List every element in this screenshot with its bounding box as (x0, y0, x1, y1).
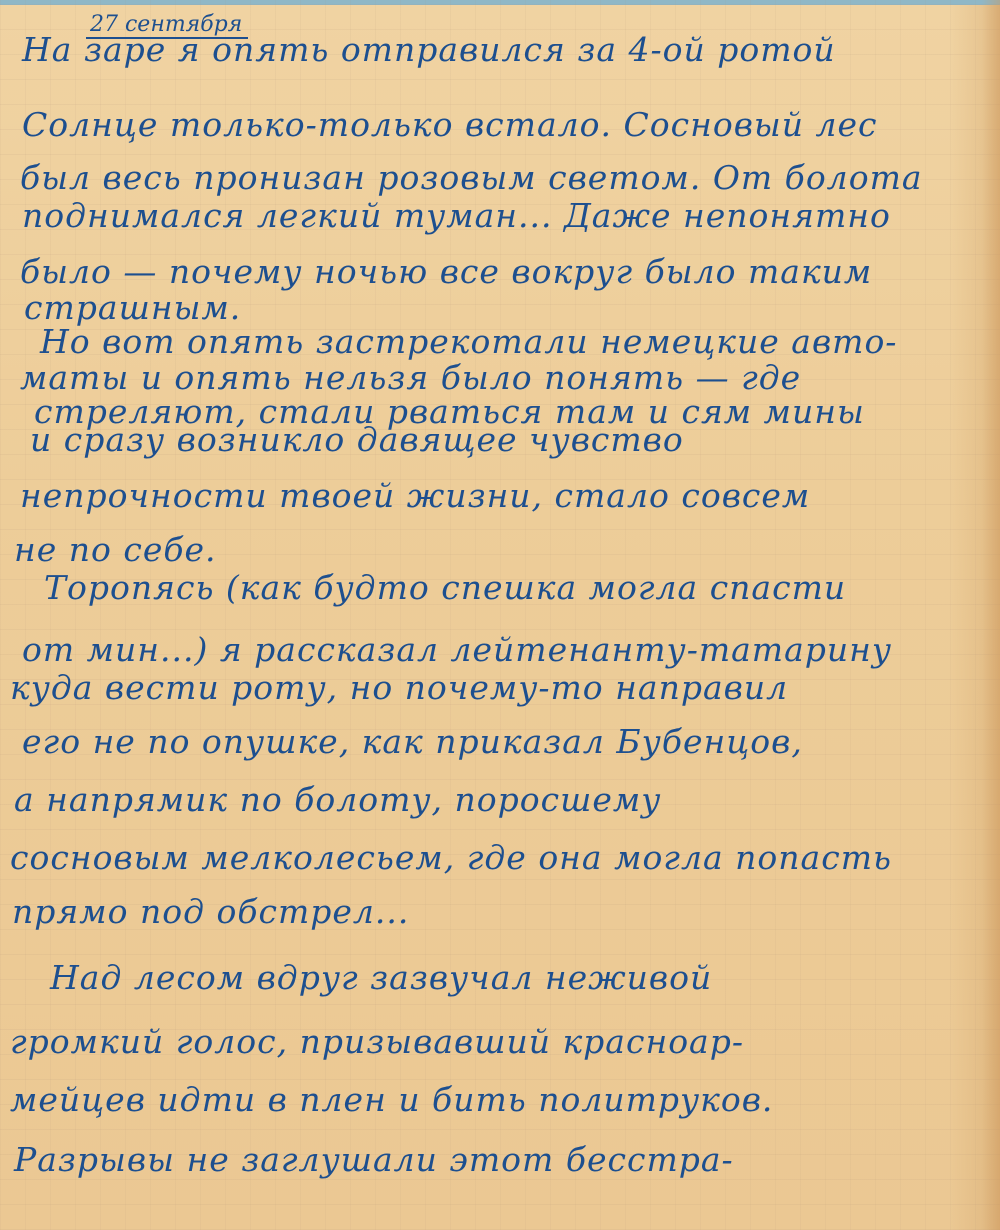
text-line: Разрывы не заглушали этот бесстра- (14, 1140, 734, 1179)
text-line: и сразу возникло давящее чувство (30, 420, 684, 459)
text-line: а напрямик по болоту, поросшему (14, 780, 661, 819)
text-line: куда вести роту, но почему-то направил (10, 668, 788, 707)
text-line: было — почему ночью все вокруг было таки… (20, 252, 872, 291)
text-line: На заре я опять отправился за 4-ой ротой (22, 30, 836, 69)
text-line: не по себе. (14, 530, 217, 569)
text-line: прямо под обстрел... (12, 892, 409, 931)
page-top-edge (0, 0, 1000, 5)
page-binding-shadow (982, 0, 1000, 1230)
text-line: Над лесом вдруг зазвучал неживой (50, 958, 712, 997)
text-line: Торопясь (как будто спешка могла спасти (44, 568, 846, 607)
text-line: мейцев идти в плен и бить политруков. (10, 1080, 773, 1119)
text-line: был весь пронизан розовым светом. От бол… (20, 158, 923, 197)
text-line: громкий голос, призывавший красноар- (10, 1022, 744, 1061)
text-line: непрочности твоей жизни, стало совсем (20, 476, 810, 515)
diary-page: 27 сентября На заре я опять отправился з… (0, 0, 1000, 1230)
text-line: сосновым мелколесьем, где она могла попа… (10, 838, 892, 877)
text-line: Но вот опять застрекотали немецкие авто- (40, 322, 897, 361)
text-line: поднимался легкий туман... Даже непонятн… (22, 196, 891, 235)
text-line: его не по опушке, как приказал Бубенцов, (22, 722, 803, 761)
text-line: от мин...) я рассказал лейтенанту-татари… (22, 630, 892, 669)
text-line: Солнце только-только встало. Сосновый ле… (22, 105, 878, 144)
